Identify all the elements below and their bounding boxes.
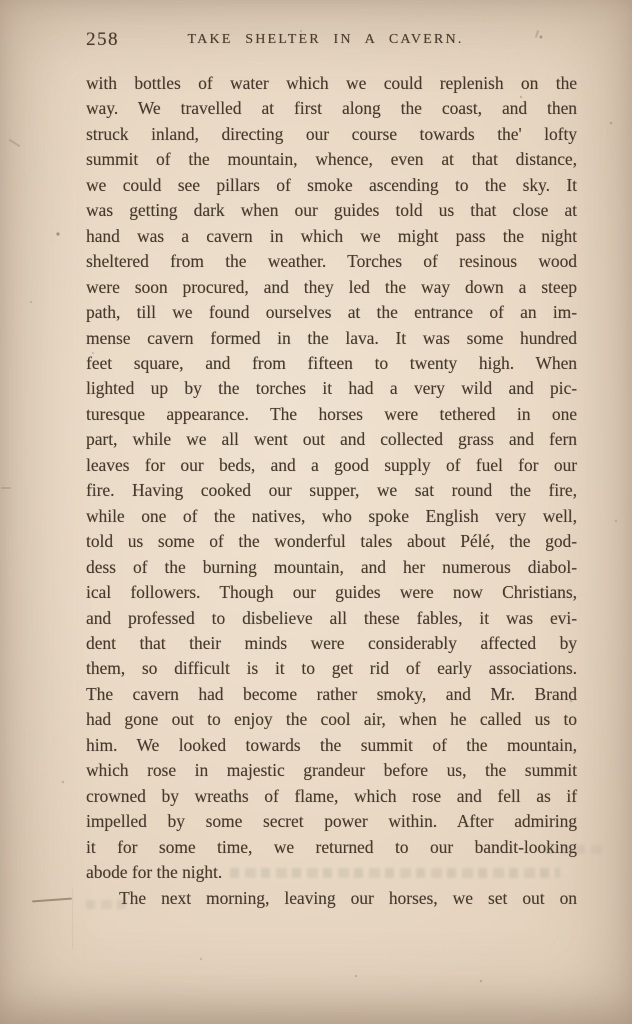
- text-line: struck inland, directing our course towa…: [86, 122, 577, 147]
- text-line: turesque appearance. The horses were tet…: [86, 402, 577, 427]
- paper-crease: [72, 888, 73, 950]
- text-line: them, so difficult is it to get rid of e…: [86, 656, 577, 681]
- text-line: while one of the natives, who spoke Engl…: [86, 504, 577, 529]
- stray-mark: [1, 487, 11, 489]
- text-line: way. We travelled at first along the coa…: [86, 96, 577, 121]
- text-line: hand was a cavern in which we might pass…: [86, 224, 577, 249]
- text-line: dess of the burning mountain, and her nu…: [86, 555, 577, 580]
- running-header: 258 TAKE SHELTER IN A CAVERN.: [86, 29, 577, 53]
- text-line: we could see pillars of smoke ascending …: [86, 173, 577, 198]
- book-page-scan: 258 TAKE SHELTER IN A CAVERN. with bottl…: [0, 0, 632, 1024]
- text-line: was getting dark when our guides told us…: [86, 198, 577, 223]
- text-line: with bottles of water which we could rep…: [86, 71, 577, 96]
- text-line: fire. Having cooked our supper, we sat r…: [86, 478, 577, 503]
- text-line: ical followers. Though our guides were n…: [86, 580, 577, 605]
- text-line: part, while we all went out and collecte…: [86, 427, 577, 452]
- running-title: TAKE SHELTER IN A CAVERN.: [86, 32, 565, 48]
- text-line: leaves for our beds, and a good supply o…: [86, 453, 577, 478]
- stray-mark: [8, 139, 20, 148]
- text-line: dent that their minds were considerably …: [86, 631, 577, 656]
- body-text: with bottles of water which we could rep…: [86, 71, 577, 911]
- paper-specks: [0, 0, 2, 2]
- text-line: path, till we found ourselves at the ent…: [86, 300, 577, 325]
- text-line: had gone out to enjoy the cool air, when…: [86, 707, 577, 732]
- stray-pencil-dash: [32, 898, 72, 903]
- text-line: told us some of the wonderful tales abou…: [86, 529, 577, 554]
- text-line: summit of the mountain, whence, even at …: [86, 147, 577, 172]
- text-line: sheltered from the weather. Torches of r…: [86, 249, 577, 274]
- text-line: feet square, and from fifteen to twenty …: [86, 351, 577, 376]
- text-line: crowned by wreaths of flame, which rose …: [86, 784, 577, 809]
- text-line-paragraph-end: abode for the night.: [86, 860, 577, 885]
- text-line: lighted up by the torches it had a very …: [86, 376, 577, 401]
- text-line: it for some time, we returned to our ban…: [86, 835, 577, 860]
- text-line: mense cavern formed in the lava. It was …: [86, 326, 577, 351]
- text-line: him. We looked towards the summit of the…: [86, 733, 577, 758]
- text-line-new-paragraph: The next morning, leaving our horses, we…: [86, 886, 577, 911]
- text-line: The cavern had become rather smoky, and …: [86, 682, 577, 707]
- text-line: which rose in majestic grandeur before u…: [86, 758, 577, 783]
- text-line: impelled by some secret power within. Af…: [86, 809, 577, 834]
- text-line: were soon procured, and they led the way…: [86, 275, 577, 300]
- text-line: and professed to disbelieve all these fa…: [86, 606, 577, 631]
